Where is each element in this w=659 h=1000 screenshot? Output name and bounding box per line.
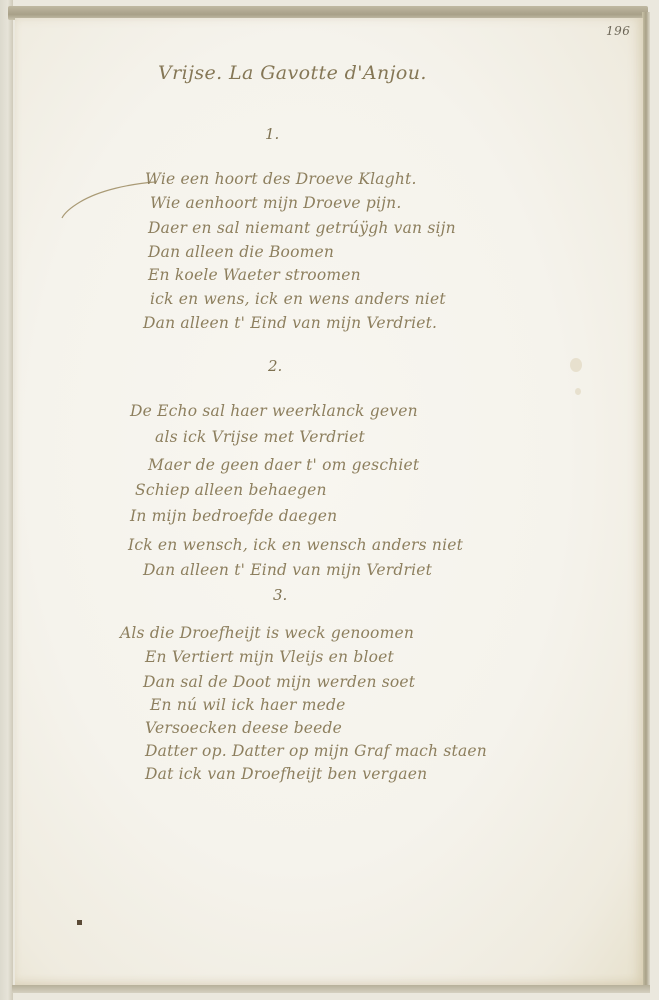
song-title: Vrijse. La Gavotte d'Anjou. xyxy=(158,62,427,84)
verse-line: Versoecken deese beede xyxy=(145,719,342,737)
verse-line: Dan sal de Doot mijn werden soet xyxy=(143,673,415,691)
ink-blot xyxy=(77,920,82,925)
folio-number: 196 xyxy=(606,24,630,38)
verse-line: Maer de geen daer t' om geschiet xyxy=(148,456,419,474)
verse-line: Dat ick van Droefheijt ben vergaen xyxy=(145,765,427,783)
right-page-edge xyxy=(642,12,650,992)
verse-line: Ick en wensch, ick en wensch anders niet xyxy=(128,536,463,554)
verse-line: Wie een hoort des Droeve Klaght. xyxy=(145,170,417,188)
verse-line: Dan alleen die Boomen xyxy=(148,243,334,261)
verse-line: als ick Vrijse met Verdriet xyxy=(155,428,365,446)
verse-line: ick en wens, ick en wens anders niet xyxy=(150,290,446,308)
verse-line: Wie aenhoort mijn Droeve pijn. xyxy=(150,194,402,212)
verse-line: Datter op. Datter op mijn Graf mach stae… xyxy=(145,742,487,760)
stanza-number-3: 3. xyxy=(273,586,287,604)
verse-line: En koele Waeter stroomen xyxy=(148,266,361,284)
verse-line: Schiep alleen behaegen xyxy=(135,481,327,499)
stanza-number-1: 1. xyxy=(265,125,279,143)
verse-line: Als die Droefheijt is weck genoomen xyxy=(120,624,414,642)
verse-line: Dan alleen t' Eind van mijn Verdriet xyxy=(143,561,432,579)
verse-line: En Vertiert mijn Vleijs en bloet xyxy=(145,648,394,666)
binding-gutter xyxy=(0,0,13,1000)
manuscript-scan: 196 Vrijse. La Gavotte d'Anjou. 1. Wie e… xyxy=(0,0,659,1000)
manuscript-page xyxy=(15,18,643,985)
foxing-spot xyxy=(575,388,581,395)
verse-line: Dan alleen t' Eind van mijn Verdriet. xyxy=(143,314,437,332)
foxing-spot xyxy=(570,358,582,372)
verse-line: De Echo sal haer weerklanck geven xyxy=(130,402,418,420)
verse-line: En nú wil ick haer mede xyxy=(150,696,345,714)
verse-line: In mijn bedroefde daegen xyxy=(130,507,337,525)
verse-line: Daer en sal niemant getrúÿgh van sijn xyxy=(148,219,456,237)
stanza-number-2: 2. xyxy=(268,357,282,375)
bottom-page-edge xyxy=(12,985,650,993)
